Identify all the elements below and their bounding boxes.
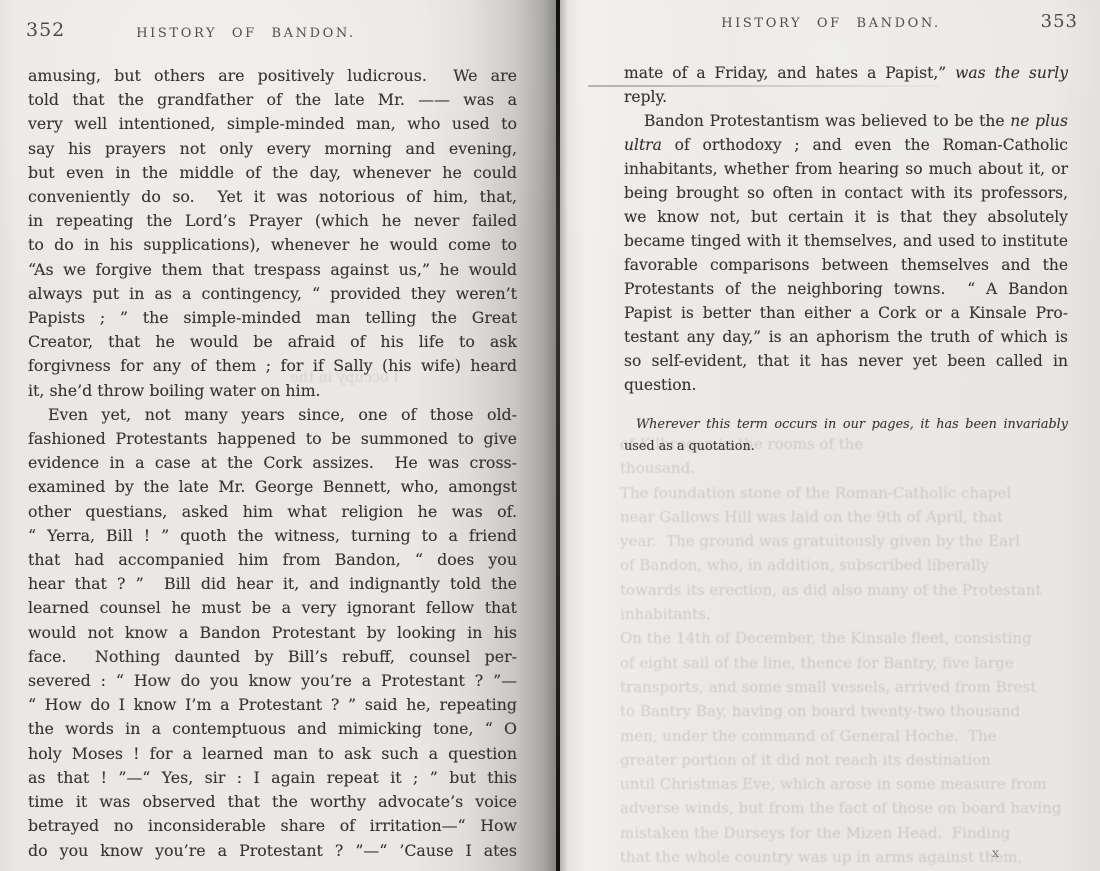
text-line: inhabitants, whether from hearing so muc…	[624, 157, 1068, 181]
text-line: fashioned Protestants happened to be sum…	[28, 427, 517, 451]
text-line: conveniently do so. Yet it was notorious…	[28, 185, 517, 209]
text-line: as that ! ”—“ Yes, sir : I again repeat …	[28, 766, 517, 790]
text-line: learned counsel he must be a very ignora…	[28, 596, 517, 620]
text-line: evidence in a case at the Cork assizes. …	[28, 451, 517, 475]
text-line: Wherever this term occurs in our pages, …	[624, 414, 1068, 436]
text-line: The foundation stone of the Roman-Cathol…	[620, 481, 1076, 505]
text-line: so self-evident, that it has never yet b…	[624, 349, 1068, 373]
text-line: favorable comparisons between themselves…	[624, 253, 1068, 277]
left-page: 352 HISTORY OF BANDON. amusing, but othe…	[0, 0, 556, 871]
text-line: face. Nothing daunted by Bill’s rebuff, …	[28, 645, 517, 669]
printer-signature-mark: x	[992, 845, 999, 860]
text-line: On the 14th of December, the Kinsale fle…	[620, 626, 1076, 650]
left-running-header: HISTORY OF BANDON.	[0, 26, 492, 41]
text-line: in repeating the Lord’s Prayer (which he…	[28, 209, 517, 233]
left-page-body: amusing, but others are positively ludic…	[28, 64, 517, 863]
text-line: forgivness for any of them ; for if Sall…	[28, 354, 517, 378]
text-line: it, she’d throw boiling water on him.	[28, 379, 517, 403]
text-line: testant any day,” is an aphorism the tru…	[624, 325, 1068, 349]
text-line: mate of a Friday, and hates a Papist,” w…	[624, 61, 1068, 85]
text-line: men, under the command of General Hoche.…	[620, 724, 1076, 748]
text-line: of Bandon, who, in addition, subscribed …	[620, 553, 1076, 577]
text-line: greater portion of it did not reach its …	[620, 748, 1076, 772]
left-page-bleedthrough-text: I occupy in the	[290, 370, 399, 386]
text-line: examined by the late Mr. George Bennett,…	[28, 475, 517, 499]
text-line: betrayed no inconsiderable share of irri…	[28, 814, 517, 838]
book-scan: 352 HISTORY OF BANDON. amusing, but othe…	[0, 0, 1100, 871]
text-line: Bandon Protestantism was believed to be …	[624, 109, 1068, 133]
text-line: towards its erection, as did also many o…	[620, 578, 1076, 602]
text-line: of eight sail of the line, thence for Ba…	[620, 651, 1076, 675]
text-line: we know not, but certain it is that they…	[624, 205, 1068, 229]
text-line: do you know you’re a Protestant ? ”—“ ’C…	[28, 839, 517, 863]
text-line: amusing, but others are positively ludic…	[28, 64, 517, 88]
text-line: “ Yerra, Bill ! ” quoth the witness, tur…	[28, 524, 517, 548]
text-line: near Gallows Hill was laid on the 9th of…	[620, 505, 1076, 529]
text-line: other questians, asked him what religion…	[28, 500, 517, 524]
text-line: time it was observed that the worthy adv…	[28, 790, 517, 814]
text-line: reply.	[624, 85, 1068, 109]
text-line: the words in a contemptuous and mimickin…	[28, 717, 517, 741]
text-line: ultra of orthodoxy ; and even the Roman-…	[624, 133, 1068, 157]
text-line: Protestants of the neighboring towns. “ …	[624, 277, 1068, 301]
right-page-bleedthrough-text: of Kilbrogan in the rooms of thethousand…	[620, 432, 1076, 869]
text-line: “ How do I know I’m a Protestant ? ” sai…	[28, 693, 517, 717]
text-line: became tinged with it themselves, and us…	[624, 229, 1068, 253]
text-line: always put in as a contingency, “ provid…	[28, 282, 517, 306]
text-line: that had accompanied him from Bandon, “ …	[28, 548, 517, 572]
text-line: “As we forgive them that trespass agains…	[28, 258, 517, 282]
text-line: say his prayers not only every morning a…	[28, 137, 517, 161]
text-line: that the whole country was up in arms ag…	[620, 845, 1076, 869]
text-line: severed : “ How do you know you’re a Pro…	[28, 669, 517, 693]
text-line: Papist is better than either a Cork or a…	[624, 301, 1068, 325]
text-line: very well intentioned, simple-minded man…	[28, 112, 517, 136]
text-line: to do in his supplications), whenever he…	[28, 233, 517, 257]
text-line: Papists ; ” the simple-minded man tellin…	[28, 306, 517, 330]
text-line: mistaken the Durseys for the Mizen Head.…	[620, 821, 1076, 845]
text-line: Creator, that he would be afraid of his …	[28, 330, 517, 354]
text-line: adverse winds, but from the fact of thos…	[620, 796, 1076, 820]
right-page-body: mate of a Friday, and hates a Papist,” w…	[624, 61, 1068, 397]
text-line: question.	[624, 373, 1068, 397]
text-line: holy Moses ! for a learned man to ask su…	[28, 742, 517, 766]
text-line: would not know a Bandon Protestant by lo…	[28, 621, 517, 645]
text-line: used as a quotation.	[624, 436, 1068, 458]
text-line: being brought so often in contact with i…	[624, 181, 1068, 205]
text-line: hear that ? ” Bill did hear it, and indi…	[28, 572, 517, 596]
footnote: Wherever this term occurs in our pages, …	[624, 414, 1068, 458]
text-line: until Christmas Eve, which arose in some…	[620, 772, 1076, 796]
text-line: Even yet, not many years since, one of t…	[28, 403, 517, 427]
text-line: thousand.	[620, 456, 1076, 480]
text-line: but even in the middle of the day, whene…	[28, 161, 517, 185]
text-line: told that the grandfather of the late Mr…	[28, 88, 517, 112]
text-line: inhabitants.	[620, 602, 1076, 626]
text-line: to Bantry Bay, having on board twenty-tw…	[620, 699, 1076, 723]
text-line: transports, and some small vessels, arri…	[620, 675, 1076, 699]
right-page: 353 HISTORY OF BANDON. of Kilbrogan in t…	[560, 0, 1100, 871]
text-line: year. The ground was gratuitously given …	[620, 529, 1076, 553]
right-running-header: HISTORY OF BANDON.	[596, 16, 1066, 31]
